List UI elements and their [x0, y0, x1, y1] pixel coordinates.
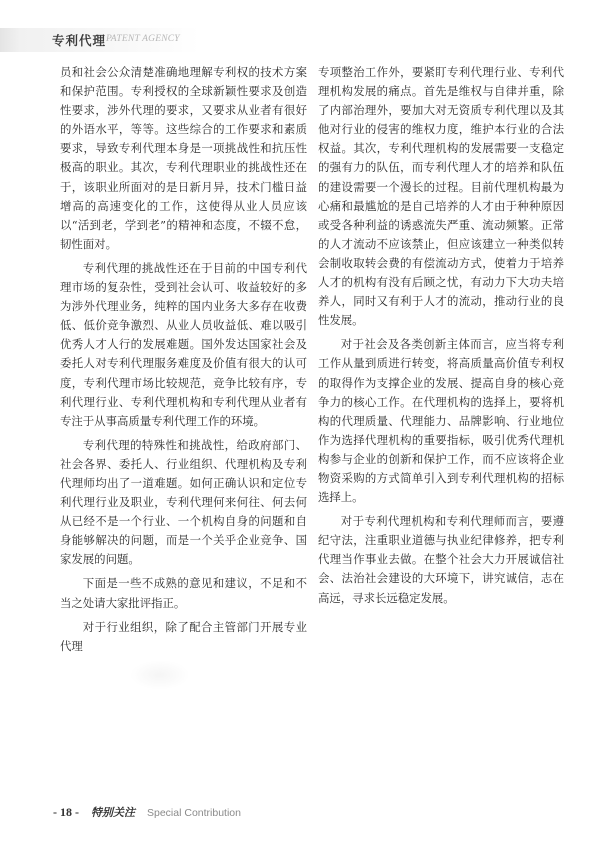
- paragraph: 专利代理的特殊性和挑战性，给政府部门、社会各界、委托人、行业组织、代理机构及专利…: [60, 436, 307, 570]
- section-title: 专利代理: [52, 31, 106, 49]
- paragraph: 对于社会及各类创新主体而言，应当将专利工作从量到质进行转变，将高质量高价值专利权…: [318, 335, 564, 507]
- left-column: 员和社会公众清楚准确地理解专利权的技术方案和保护范围。专利授权的全球新颖性要求及…: [60, 63, 307, 656]
- scan-smudge: [130, 660, 190, 690]
- footer-section-cn: 特别关注: [91, 804, 135, 820]
- paragraph: 下面是一些不成熟的意见和建议，不足和不当之处请大家批评指正。: [60, 574, 307, 612]
- paragraph: 对于专利代理机构和专利代理师而言，要遵纪守法，注重职业道德与执业纪律修养，把专利…: [318, 512, 564, 607]
- section-subtitle: PATENT AGENCY: [106, 34, 180, 44]
- paragraph: 专利代理的挑战性还在于目前的中国专利代理市场的复杂性，受到社会认可、收益较好的多…: [60, 259, 307, 431]
- footer-section-en: Special Contribution: [147, 807, 241, 819]
- page-number: - 18 -: [53, 805, 79, 820]
- right-column: 专项整治工作外，要紧盯专利代理行业、专利代理机构发展的痛点。首先是维权与自律并重…: [318, 63, 564, 608]
- page-footer: - 18 - 特别关注 Special Contribution: [53, 804, 241, 820]
- paragraph: 对于行业组织，除了配合主管部门开展专业代理: [60, 618, 307, 656]
- paragraph: 专项整治工作外，要紧盯专利代理行业、专利代理机构发展的痛点。首先是维权与自律并重…: [318, 63, 564, 330]
- paragraph: 员和社会公众清楚准确地理解专利权的技术方案和保护范围。专利授权的全球新颖性要求及…: [60, 63, 307, 254]
